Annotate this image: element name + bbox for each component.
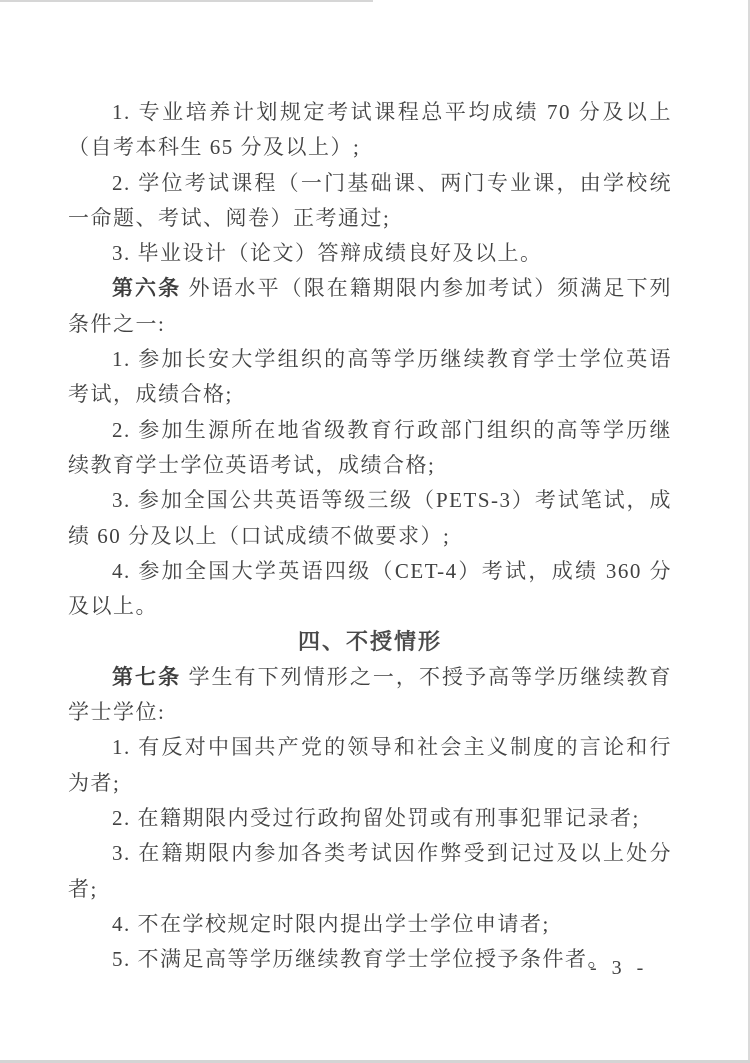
paragraph: 4. 不在学校规定时限内提出学士学位申请者; bbox=[68, 907, 672, 942]
paragraph: 1. 参加长安大学组织的高等学历继续教育学士学位英语考试，成绩合格; bbox=[68, 342, 672, 413]
paragraph: 2. 参加生源所在地省级教育行政部门组织的高等学历继续教育学士学位英语考试，成绩… bbox=[68, 413, 672, 484]
page-edge-top bbox=[0, 0, 373, 2]
paragraph: 3. 毕业设计（论文）答辩成绩良好及以上。 bbox=[68, 236, 672, 271]
paragraph: 3. 参加全国公共英语等级三级（PETS-3）考试笔试，成绩 60 分及以上（口… bbox=[68, 483, 672, 554]
paragraph: 第六条 外语水平（限在籍期限内参加考试）须满足下列条件之一: bbox=[68, 271, 672, 342]
paragraph: 1. 有反对中国共产党的领导和社会主义制度的言论和行为者; bbox=[68, 730, 672, 801]
section-heading: 四、不授情形 bbox=[68, 624, 672, 659]
paragraph: 第七条 学生有下列情形之一，不授予高等学历继续教育学士学位: bbox=[68, 660, 672, 731]
paragraph: 2. 在籍期限内受过行政拘留处罚或有刑事犯罪记录者; bbox=[68, 801, 672, 836]
document-page: 1. 专业培养计划规定考试课程总平均成绩 70 分及以上（自考本科生 65 分及… bbox=[0, 0, 750, 1063]
paragraph: 4. 参加全国大学英语四级（CET-4）考试，成绩 360 分及以上。 bbox=[68, 554, 672, 625]
paragraph: 5. 不满足高等学历继续教育学士学位授予条件者。 bbox=[68, 942, 672, 977]
paragraph: 2. 学位考试课程（一门基础课、两门专业课，由学校统一命题、考试、阅卷）正考通过… bbox=[68, 166, 672, 237]
article-number: 第七条 bbox=[112, 666, 181, 689]
page-number: - 3 - bbox=[590, 957, 648, 980]
article-number: 第六条 bbox=[112, 277, 181, 300]
paragraph: 1. 专业培养计划规定考试课程总平均成绩 70 分及以上（自考本科生 65 分及… bbox=[68, 95, 672, 166]
paragraph: 3. 在籍期限内参加各类考试因作弊受到记过及以上处分者; bbox=[68, 836, 672, 907]
document-body: 1. 专业培养计划规定考试课程总平均成绩 70 分及以上（自考本科生 65 分及… bbox=[68, 95, 672, 977]
